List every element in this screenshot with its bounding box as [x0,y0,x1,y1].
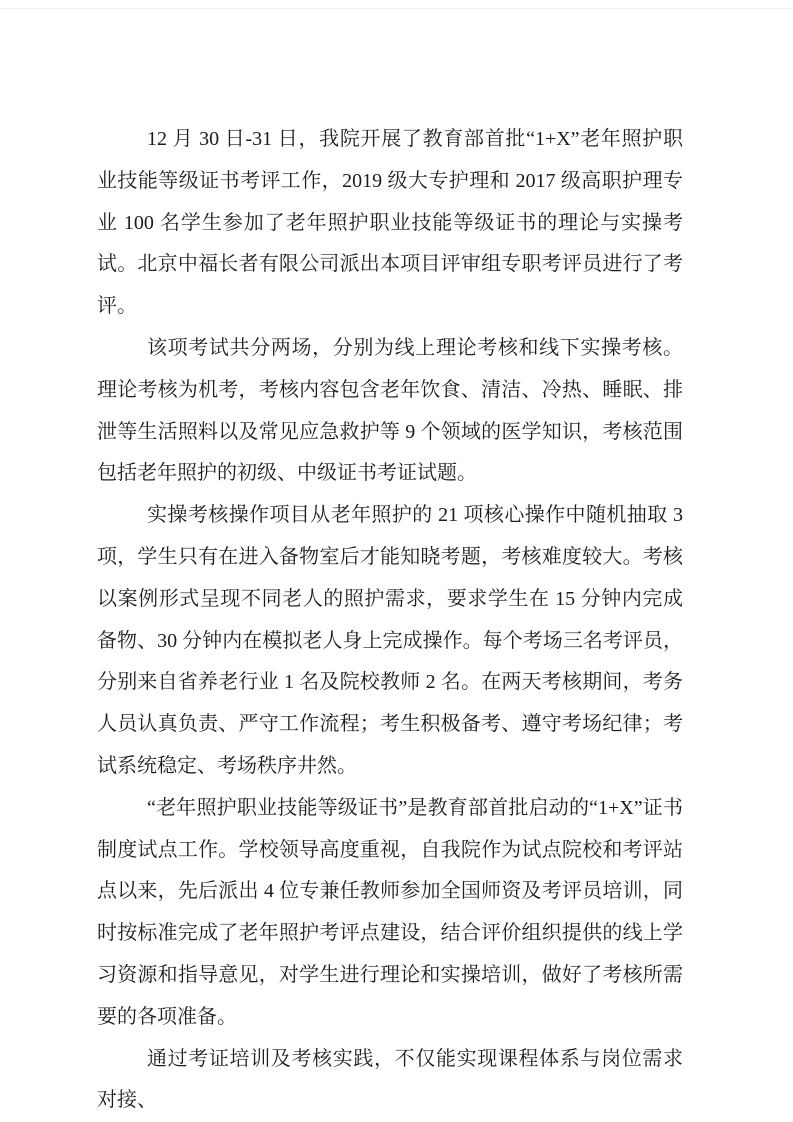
page-top-rule [0,8,793,9]
paragraph: “老年照护职业技能等级证书”是教育部首批启动的“1+X”证书制度试点工作。学校领… [97,788,683,1039]
document-body: 12 月 30 日-31 日，我院开展了教育部首批“1+X”老年照护职业技能等级… [97,119,683,1122]
paragraph: 该项考试共分两场，分别为线上理论考核和线下实操考核。理论考核为机考，考核内容包含… [97,328,683,495]
paragraph: 实操考核操作项目从老年照护的 21 项核心操作中随机抽取 3 项，学生只有在进入… [97,495,683,788]
paragraph: 通过考证培训及考核实践，不仅能实现课程体系与岗位需求对接、 [97,1039,683,1122]
paragraph: 12 月 30 日-31 日，我院开展了教育部首批“1+X”老年照护职业技能等级… [97,119,683,328]
